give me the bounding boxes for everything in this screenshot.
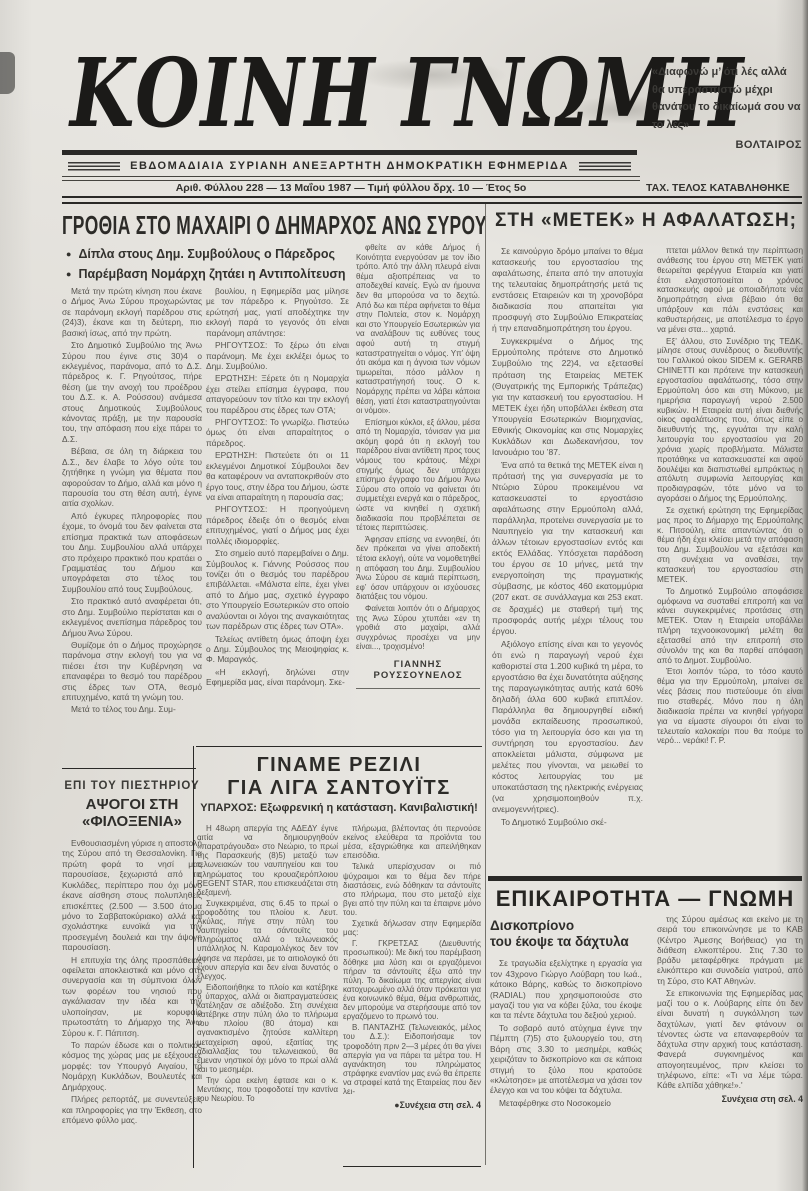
- bullet-item: Δίπλα στους Δημ. Συμβούλους ο Πάρεδρος: [66, 246, 358, 262]
- postage-notice: ΤΑΧ. ΤΕΛΟΣ ΚΑΤΑΒΛΗΘΗΚΕ: [646, 182, 804, 194]
- masthead-quote: «Διαφωνώ μ’ ότι λές αλλά θα υπερασπιστώ …: [652, 64, 802, 155]
- masthead-rule: [62, 150, 637, 155]
- filoxenia-headline-line1: ΑΨΟΓΟΙ ΣΤΗ: [62, 796, 202, 813]
- sandwich-column-2-text: πλήρωμα, βλέποντας ότι περνούσε εκείνος …: [343, 824, 481, 1096]
- continuation-notice: Συνέχεια στη σελ. 4: [657, 1094, 803, 1105]
- bullet-item: Παρέμβαση Νομάρχη ζητάει η Αντιπολίτευση: [66, 266, 358, 282]
- epikairotita-column-1-text: Σε τραγωδία εξελίχτηκε η εργασία για τον…: [490, 958, 642, 1108]
- sandwich-headline-line2: ΓΙΑ ΛΙΓΑ ΣΑΝΤΟΥΪΤΣ: [196, 777, 482, 800]
- lead-article-headline: ΓΡΟΘΙΑ ΣΤΟ ΜΑΧΑΙΡΙ Ο ΔΗΜΑΡΧΟΣ ΑΝΩ ΣΥΡΟΥ: [62, 210, 484, 241]
- quote-text: «Διαφωνώ μ’ ότι λές αλλά θα υπερασπιστώ …: [652, 64, 802, 134]
- lead-article-column-1: Μετά την πρώτη κίνηση που έκανε ο Δήμος …: [62, 286, 202, 717]
- metek-column-2: πτεται μάλλον θετικά την περίπτωση ανάθε…: [657, 246, 803, 748]
- sandwich-headline-line1: ΓΙΝΑΜΕ ΡΕΖΙΛΙ: [196, 754, 482, 777]
- lead-article-column-2: βουλίου, η Εφημερίδα μας μίλησε με τον π…: [206, 286, 349, 690]
- issue-info-line: Αριθ. Φύλλου 228 — 13 Μαΐου 1987 — Τιμή …: [62, 182, 640, 194]
- sandwich-left-rule: [193, 746, 194, 1168]
- sandwich-top-rule: [196, 746, 482, 747]
- filoxenia-headline: ΑΨΟΓΟΙ ΣΤΗ «ΦΙΛΟΞΕΝΙΑ»: [62, 796, 202, 831]
- filoxenia-headline-line2: «ΦΙΛΟΞΕΝΙΑ»: [62, 813, 202, 830]
- sandwich-bottom-rule: [343, 1166, 481, 1167]
- sandwich-subhead: ΥΠΑΡΧΟΣ: Εξωφρενική η κατάσταση. Κανιβαλ…: [196, 802, 482, 814]
- epikairotita-column-2-text: της Σύρου αμέσως και εκείνο με τη σειρά …: [657, 914, 803, 1090]
- sandwich-column-2: πλήρωμα, βλέποντας ότι περνούσε εκείνος …: [343, 824, 481, 1110]
- epikairotita-subhead-line1: Δισκοπρίονο: [490, 918, 642, 934]
- metek-headline: ΣΤΗ «ΜΕΤΕΚ» Η ΑΦΑΛΑΤΩΣΗ;: [490, 210, 802, 232]
- issue-rule-bottom: [62, 196, 802, 204]
- lead-article-column-3: φθείτε αν κάθε Δήμος ή Κοινότητα ενεργού…: [356, 243, 480, 689]
- newspaper-title: ΚΟΙΝΗ ΓΝΩΜΗ: [70, 46, 744, 141]
- main-column-divider: [485, 204, 486, 1165]
- bullet-text: Παρέμβαση Νομάρχη ζητάει η Αντιπολίτευση: [78, 266, 345, 282]
- banner-ornament-left-icon: [68, 162, 120, 171]
- newspaper-front-page: ΚΟΙΝΗ ΓΝΩΜΗ «Διαφωνώ μ’ ότι λές αλλά θα …: [0, 0, 808, 1191]
- banner-ornament-right-icon: [579, 162, 631, 171]
- metek-column-1: Σε καινούργιο δρόμο μπαίνει το θέμα κατα…: [492, 246, 643, 830]
- continuation-notice: ●Συνέχεια στη σελ. 4: [343, 1100, 481, 1110]
- epikairotita-column-1: Δισκοπρίονο του έκοψε τα δάχτυλα Σε τραγ…: [490, 918, 642, 1110]
- lead-article-column-3-text: φθείτε αν κάθε Δήμος ή Κοινότητα ενεργού…: [356, 243, 480, 652]
- column-end-rule: [356, 688, 480, 689]
- issue-rule-top: [62, 176, 640, 181]
- epikairotita-subhead: Δισκοπρίονο του έκοψε τα δάχτυλα: [490, 918, 642, 950]
- epikairotita-column-2: της Σύρου αμέσως και εκείνο με τη σειρά …: [657, 914, 803, 1105]
- bullet-text: Δίπλα στους Δημ. Συμβούλους ο Πάρεδρος: [78, 246, 335, 262]
- quote-author: ΒΟΛΤΑΙΡΟΣ: [652, 137, 802, 155]
- epikairotita-rule: [488, 876, 802, 881]
- column-end-rule: [62, 768, 196, 769]
- filoxenia-body: Ενθουσιασμένη γύρισε η αποστολή της Σύρο…: [62, 838, 202, 1127]
- byline: ΓΙΑΝΝΗΣ ΡΟΥΣΣΟΥΝΕΛΟΣ: [356, 659, 480, 682]
- banner-text: ΕΒΔΟΜΑΔΙΑΙΑ ΣΥΡΙΑΝΗ ΑΝΕΞΑΡΤΗΤΗ ΔΗΜΟΚΡΑΤΙ…: [130, 160, 569, 172]
- sandwich-column-1: Η 48ωρη απεργία της ΑΔΕΔΥ έγινε αιτία να…: [197, 824, 338, 1105]
- filoxenia-kicker: ΕΠΙ ΤΟΥ ΠΙΕΣΤΗΡΙΟΥ: [62, 780, 202, 792]
- sandwich-headline: ΓΙΝΑΜΕ ΡΕΖΙΛΙ ΓΙΑ ΛΙΓΑ ΣΑΝΤΟΥΪΤΣ: [196, 754, 482, 800]
- scan-corner-smudge: [0, 52, 15, 94]
- epikairotita-subhead-line2: του έκοψε τα δάχτυλα: [490, 934, 642, 950]
- lead-article-bullets: Δίπλα στους Δημ. Συμβούλους ο Πάρεδρος Π…: [66, 246, 358, 287]
- epikairotita-headline: ΕΠΙΚΑΙΡΟΤΗΤΑ — ΓΝΩΜΗ: [488, 886, 802, 912]
- masthead-banner: ΕΒΔΟΜΑΔΙΑΙΑ ΣΥΡΙΑΝΗ ΑΝΕΞΑΡΤΗΤΗ ΔΗΜΟΚΡΑΤΙ…: [62, 160, 637, 172]
